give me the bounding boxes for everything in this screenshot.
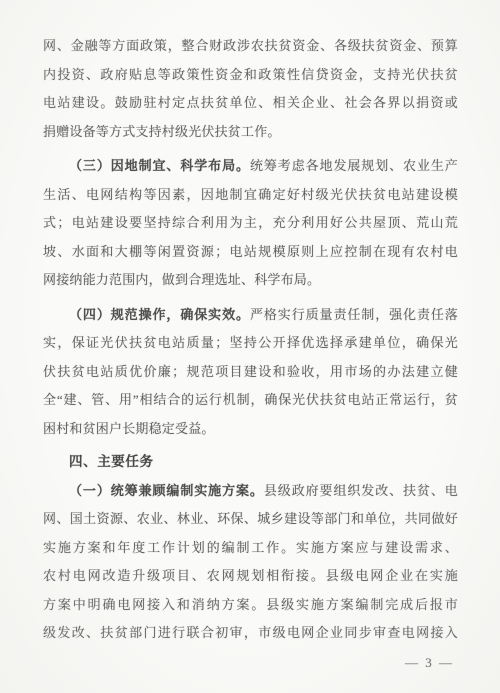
- text-line: 网接纳能力范围内，做到合理选址、科学布局。: [43, 266, 458, 295]
- text-line: 式；电站建设要坚持综合利用为主，充分利用好公共屋顶、荒山荒: [43, 209, 458, 238]
- paragraph-continuation: 网、金融等方面政策，整合财政涉农扶贫资金、各级扶贫资金、预算 内投资、政府贴息等…: [43, 32, 458, 146]
- text-block: 网、金融等方面政策，整合财政涉农扶贫资金、各级扶贫资金、预算 内投资、政府贴息等…: [43, 32, 458, 648]
- text-line: （一）统筹兼顾编制实施方案。县级政府要组织发改、扶贫、电: [43, 477, 458, 506]
- document-page: 网、金融等方面政策，整合财政涉农扶贫资金、各级扶贫资金、预算 内投资、政府贴息等…: [0, 0, 500, 693]
- text-line: 全“建、管、用”相结合的运行机制，确保光伏扶贫电站正常运行，贫: [43, 386, 458, 415]
- text-line: 伏扶贫电站质优价廉；规范项目建设和验收，用市场的办法建立健: [43, 358, 458, 387]
- text-line: 生活、电网结构等因素，因地制宜确定好村级光伏扶贫电站建设模: [43, 181, 458, 210]
- text-line: 网、国土资源、农业、林业、环保、城乡建设等部门和单位，共同做好: [43, 505, 458, 534]
- text-line: 实施方案和年度工作计划的编制工作。实施方案应与建设需求、: [43, 534, 458, 563]
- text-line: 内投资、政府贴息等政策性资金和政策性信贷资金，支持光伏扶贫: [43, 61, 458, 90]
- text-line: （三）因地制宜、科学布局。统筹考虑各地发展规划、农业生产: [43, 152, 458, 181]
- paragraph-first-line-text: 统筹考虑各地发展规划、农业生产: [250, 158, 458, 173]
- paragraph-lead: （三）因地制宜、科学布局。: [69, 158, 250, 173]
- text-line: 网、金融等方面政策，整合财政涉农扶贫资金、各级扶贫资金、预算: [43, 32, 458, 61]
- paragraph-first-line-text: 严格实行质量责任制，强化责任落: [250, 307, 458, 322]
- text-line: 坡、水面和大棚等闲置资源；电站规模原则上应控制在现有农村电: [43, 238, 458, 267]
- paragraph-item-one: （一）统筹兼顾编制实施方案。县级政府要组织发改、扶贫、电 网、国土资源、农业、林…: [43, 477, 458, 648]
- text-line: 实，保证光伏扶贫电站质量；坚持公开择优选择承建单位，确保光: [43, 329, 458, 358]
- text-line: 困村和贫困户长期稳定受益。: [43, 415, 458, 444]
- section-heading: 四、主要任务: [43, 448, 458, 477]
- text-line: 方案中明确电网接入和消纳方案。县级实施方案编制完成后报市: [43, 591, 458, 620]
- text-line: 农村电网改造升级项目、农网规划相衔接。县级电网企业在实施: [43, 562, 458, 591]
- paragraph-first-line-text: 县级政府要组织发改、扶贫、电: [264, 483, 458, 498]
- text-line: 级发改、扶贫部门进行联合初审，市级电网企业同步审查电网接入: [43, 619, 458, 648]
- text-line: 电站建设。鼓励驻村定点扶贫单位、相关企业、社会各界以捐资或: [43, 89, 458, 118]
- page-number: — 3 —: [405, 655, 454, 671]
- text-line: 捐赠设备等方式支持村级光伏扶贫工作。: [43, 118, 458, 147]
- paragraph-lead: （一）统筹兼顾编制实施方案。: [69, 483, 264, 498]
- paragraph-item-four: （四）规范操作，确保实效。严格实行质量责任制，强化责任落 实，保证光伏扶贫电站质…: [43, 301, 458, 444]
- paragraph-item-three: （三）因地制宜、科学布局。统筹考虑各地发展规划、农业生产 生活、电网结构等因素，…: [43, 152, 458, 295]
- text-line: （四）规范操作，确保实效。严格实行质量责任制，强化责任落: [43, 301, 458, 330]
- paragraph-lead: （四）规范操作，确保实效。: [69, 307, 250, 322]
